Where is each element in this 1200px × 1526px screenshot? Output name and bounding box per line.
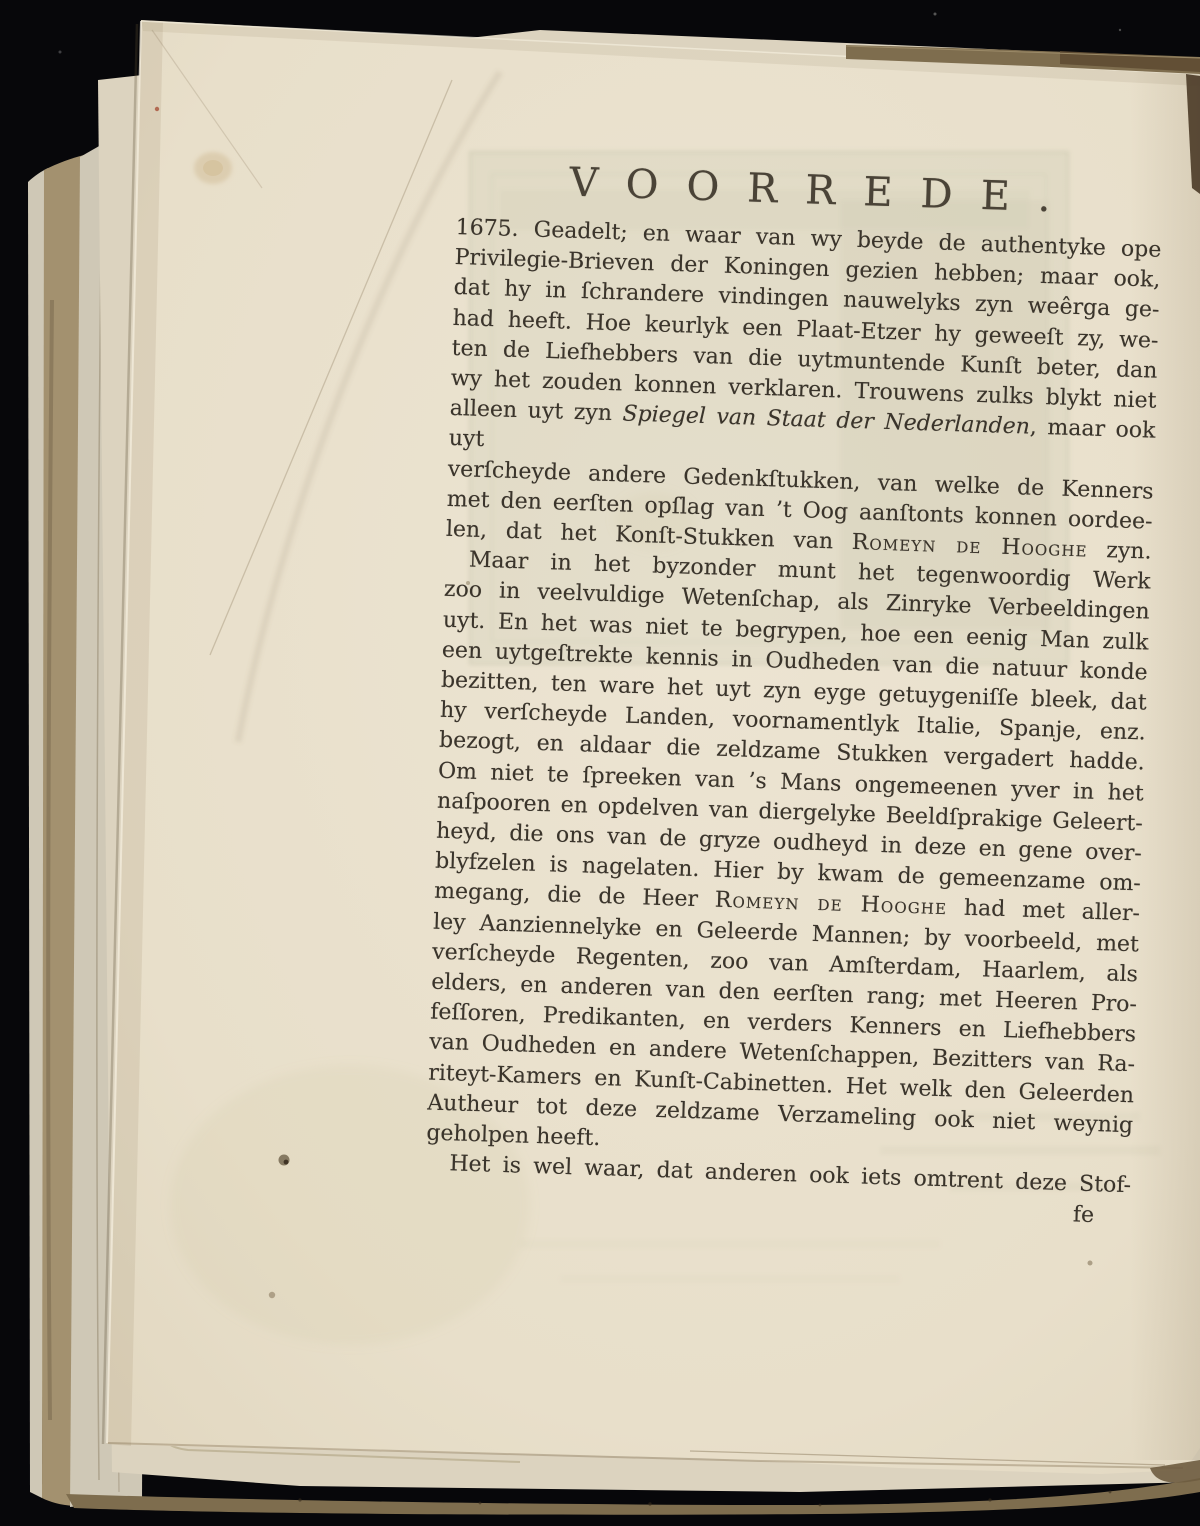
paragraph: 1675. Geadelt; en waar van wy beyde de a… (445, 213, 1161, 568)
book-scan: VOORREDE. 1675. Geadelt; en waar van wy … (0, 0, 1200, 1526)
red-fiber-speck (155, 107, 159, 111)
text-segment: zyn. (1087, 538, 1152, 565)
person-name: Romeyn de Hooghe (851, 530, 1088, 563)
text-segment: alleen uyt zyn (449, 396, 623, 427)
text-segment: geholpen heeft. (426, 1121, 601, 1152)
paragraph: Maar in het byzonder munt het tegenwoord… (426, 545, 1151, 1172)
person-name: Romeyn de Hooghe (714, 888, 947, 920)
text-segment: had met aller- (947, 896, 1141, 927)
paragraphs-host: 1675. Geadelt; en waar van wy beyde de a… (425, 213, 1162, 1202)
ink-speck (279, 1155, 290, 1166)
text-block: VOORREDE. 1675. Geadelt; en waar van wy … (424, 155, 1164, 1232)
